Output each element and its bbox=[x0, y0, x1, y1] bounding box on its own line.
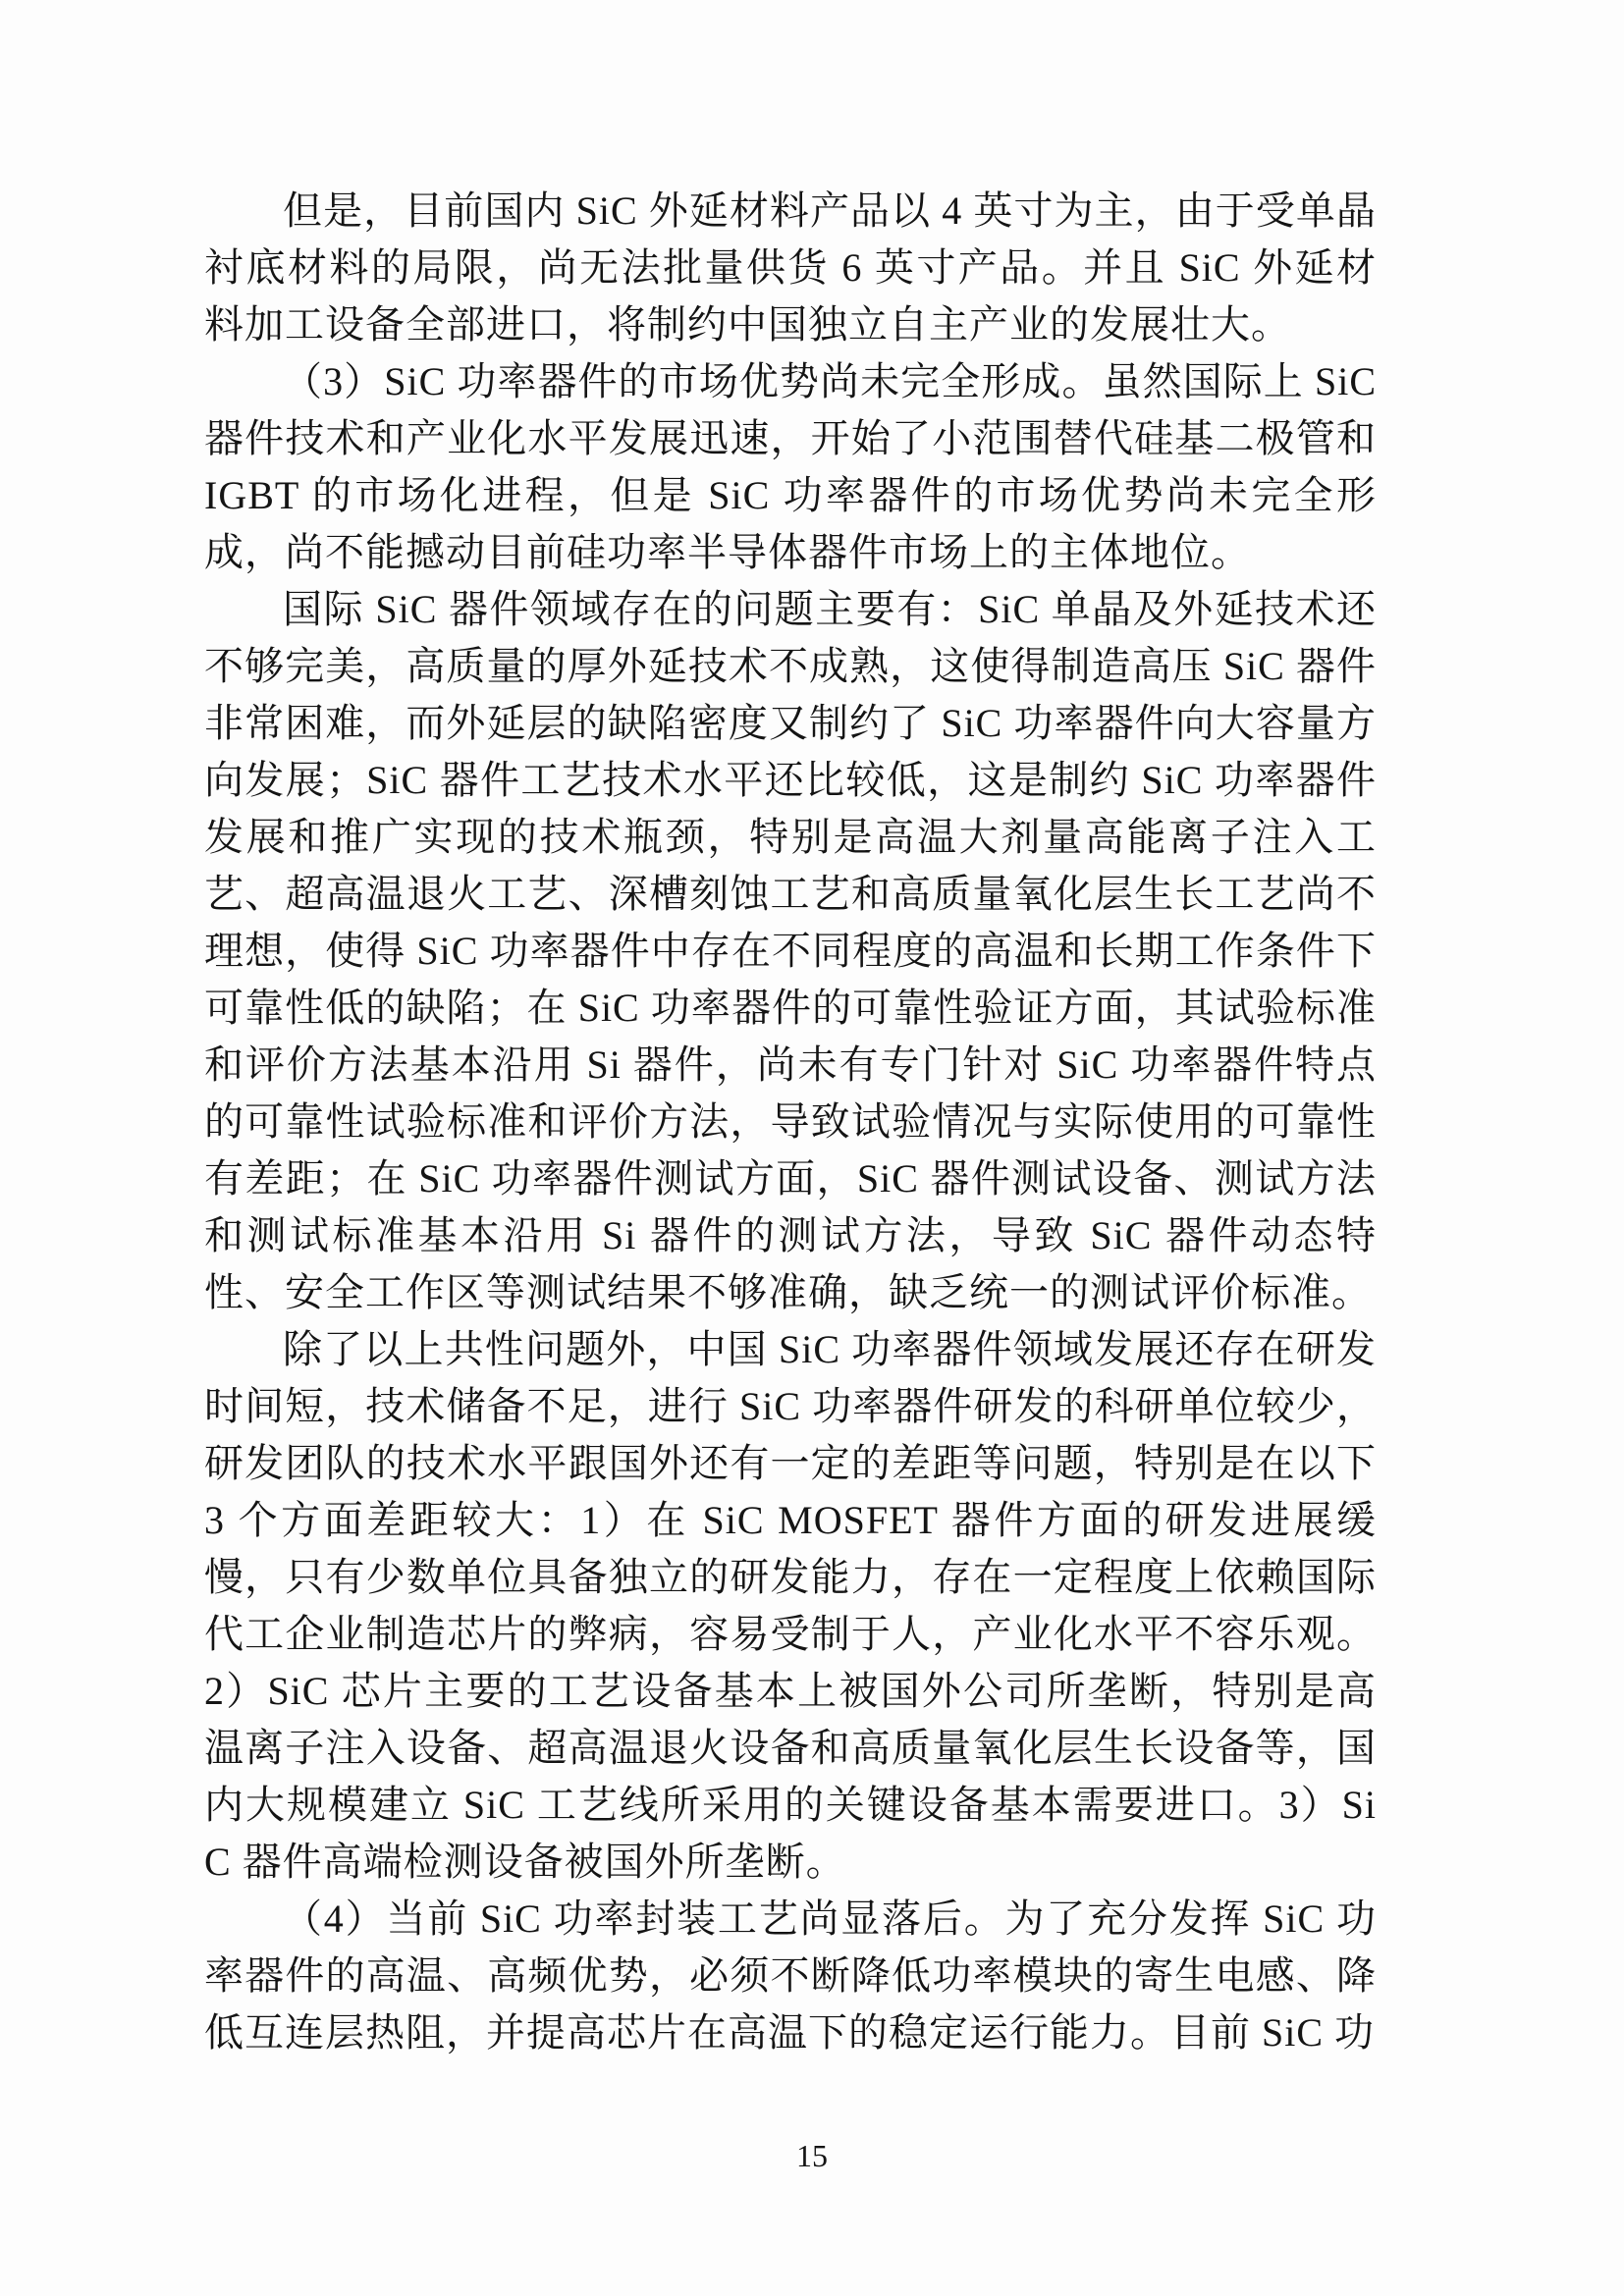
paragraph-5: （4）当前 SiC 功率封装工艺尚显落后。为了充分发挥 SiC 功率器件的高温、… bbox=[204, 1891, 1377, 2061]
paragraph-4: 除了以上共性问题外，中国 SiC 功率器件领域发展还存在研发时间短，技术储备不足… bbox=[204, 1321, 1377, 1891]
document-page: 但是，目前国内 SiC 外延材料产品以 4 英寸为主，由于受单晶衬底材料的局限，… bbox=[0, 0, 1624, 2296]
paragraph-1: 但是，目前国内 SiC 外延材料产品以 4 英寸为主，由于受单晶衬底材料的局限，… bbox=[204, 183, 1377, 353]
page-number: 15 bbox=[0, 2138, 1624, 2173]
document-body: 但是，目前国内 SiC 外延材料产品以 4 英寸为主，由于受单晶衬底材料的局限，… bbox=[204, 183, 1377, 2061]
paragraph-2: （3）SiC 功率器件的市场优势尚未完全形成。虽然国际上 SiC 器件技术和产业… bbox=[204, 353, 1377, 581]
paragraph-3: 国际 SiC 器件领域存在的问题主要有：SiC 单晶及外延技术还不够完美，高质量… bbox=[204, 581, 1377, 1321]
